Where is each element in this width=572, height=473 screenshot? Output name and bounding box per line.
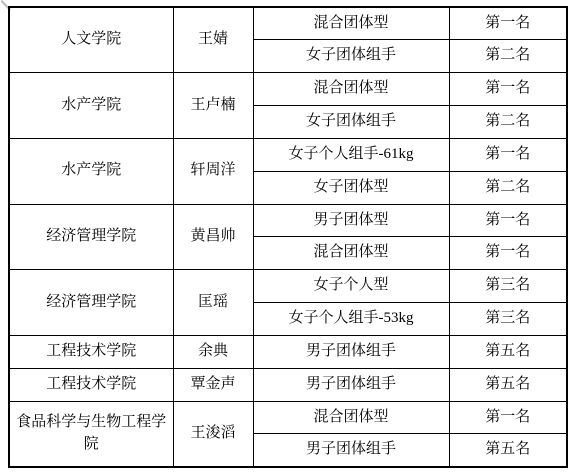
event-cell: 女子团体型: [253, 171, 449, 204]
event-cell: 男子团体组手: [253, 368, 449, 401]
rank-cell: 第五名: [449, 434, 567, 467]
rank-cell: 第一名: [449, 204, 567, 237]
event-cell: 混合团体型: [253, 73, 449, 106]
college-cell: 工程技术学院: [9, 368, 173, 401]
rank-cell: 第五名: [449, 368, 567, 401]
athlete-name-cell: 王婧: [173, 7, 253, 73]
event-cell: 女子团体组手: [253, 40, 449, 73]
rank-cell: 第二名: [449, 106, 567, 139]
rank-cell: 第二名: [449, 40, 567, 73]
table-row: 人文学院王婧混合团体型第一名: [9, 7, 567, 40]
rank-cell: 第一名: [449, 237, 567, 270]
event-cell: 男子团体组手: [253, 335, 449, 368]
document-canvas: 人文学院王婧混合团体型第一名女子团体组手第二名水产学院王卢楠混合团体型第一名女子…: [0, 0, 572, 473]
table-row: 工程技术学院覃金声男子团体组手第五名: [9, 368, 567, 401]
page: { "colors": { "background": "#ffffff", "…: [0, 0, 572, 473]
rank-cell: 第一名: [449, 73, 567, 106]
rank-cell: 第三名: [449, 303, 567, 336]
athlete-name-cell: 王卢楠: [173, 73, 253, 139]
table-row: 工程技术学院余典男子团体组手第五名: [9, 335, 567, 368]
event-cell: 男子团体型: [253, 204, 449, 237]
rank-cell: 第五名: [449, 335, 567, 368]
athlete-name-cell: 轩周洋: [173, 138, 253, 204]
table-row: 水产学院王卢楠混合团体型第一名: [9, 73, 567, 106]
results-table: 人文学院王婧混合团体型第一名女子团体组手第二名水产学院王卢楠混合团体型第一名女子…: [8, 6, 568, 468]
college-cell: 水产学院: [9, 138, 173, 204]
table-row: 经济管理学院匡瑶女子个人型第三名: [9, 270, 567, 303]
table-row: 经济管理学院黄昌帅男子团体型第一名: [9, 204, 567, 237]
event-cell: 女子团体组手: [253, 106, 449, 139]
college-cell: 经济管理学院: [9, 270, 173, 336]
college-cell: 工程技术学院: [9, 335, 173, 368]
event-cell: 混合团体型: [253, 237, 449, 270]
table-row: 水产学院轩周洋女子个人组手-61kg第一名: [9, 138, 567, 171]
rank-cell: 第一名: [449, 7, 567, 40]
event-cell: 女子个人组手-53kg: [253, 303, 449, 336]
athlete-name-cell: 余典: [173, 335, 253, 368]
athlete-name-cell: 王浚滔: [173, 401, 253, 467]
college-cell: 食品科学与生物工程学院: [9, 401, 173, 467]
athlete-name-cell: 黄昌帅: [173, 204, 253, 270]
athlete-name-cell: 覃金声: [173, 368, 253, 401]
rank-cell: 第一名: [449, 138, 567, 171]
event-cell: 女子个人组手-61kg: [253, 138, 449, 171]
event-cell: 男子团体组手: [253, 434, 449, 467]
table-row: 食品科学与生物工程学院王浚滔混合团体型第一名: [9, 401, 567, 434]
event-cell: 混合团体型: [253, 401, 449, 434]
athlete-name-cell: 匡瑶: [173, 270, 253, 336]
event-cell: 女子个人型: [253, 270, 449, 303]
results-table-body: 人文学院王婧混合团体型第一名女子团体组手第二名水产学院王卢楠混合团体型第一名女子…: [9, 7, 567, 467]
rank-cell: 第一名: [449, 401, 567, 434]
event-cell: 混合团体型: [253, 7, 449, 40]
college-cell: 水产学院: [9, 73, 173, 139]
college-cell: 经济管理学院: [9, 204, 173, 270]
college-cell: 人文学院: [9, 7, 173, 73]
rank-cell: 第三名: [449, 270, 567, 303]
rank-cell: 第二名: [449, 171, 567, 204]
